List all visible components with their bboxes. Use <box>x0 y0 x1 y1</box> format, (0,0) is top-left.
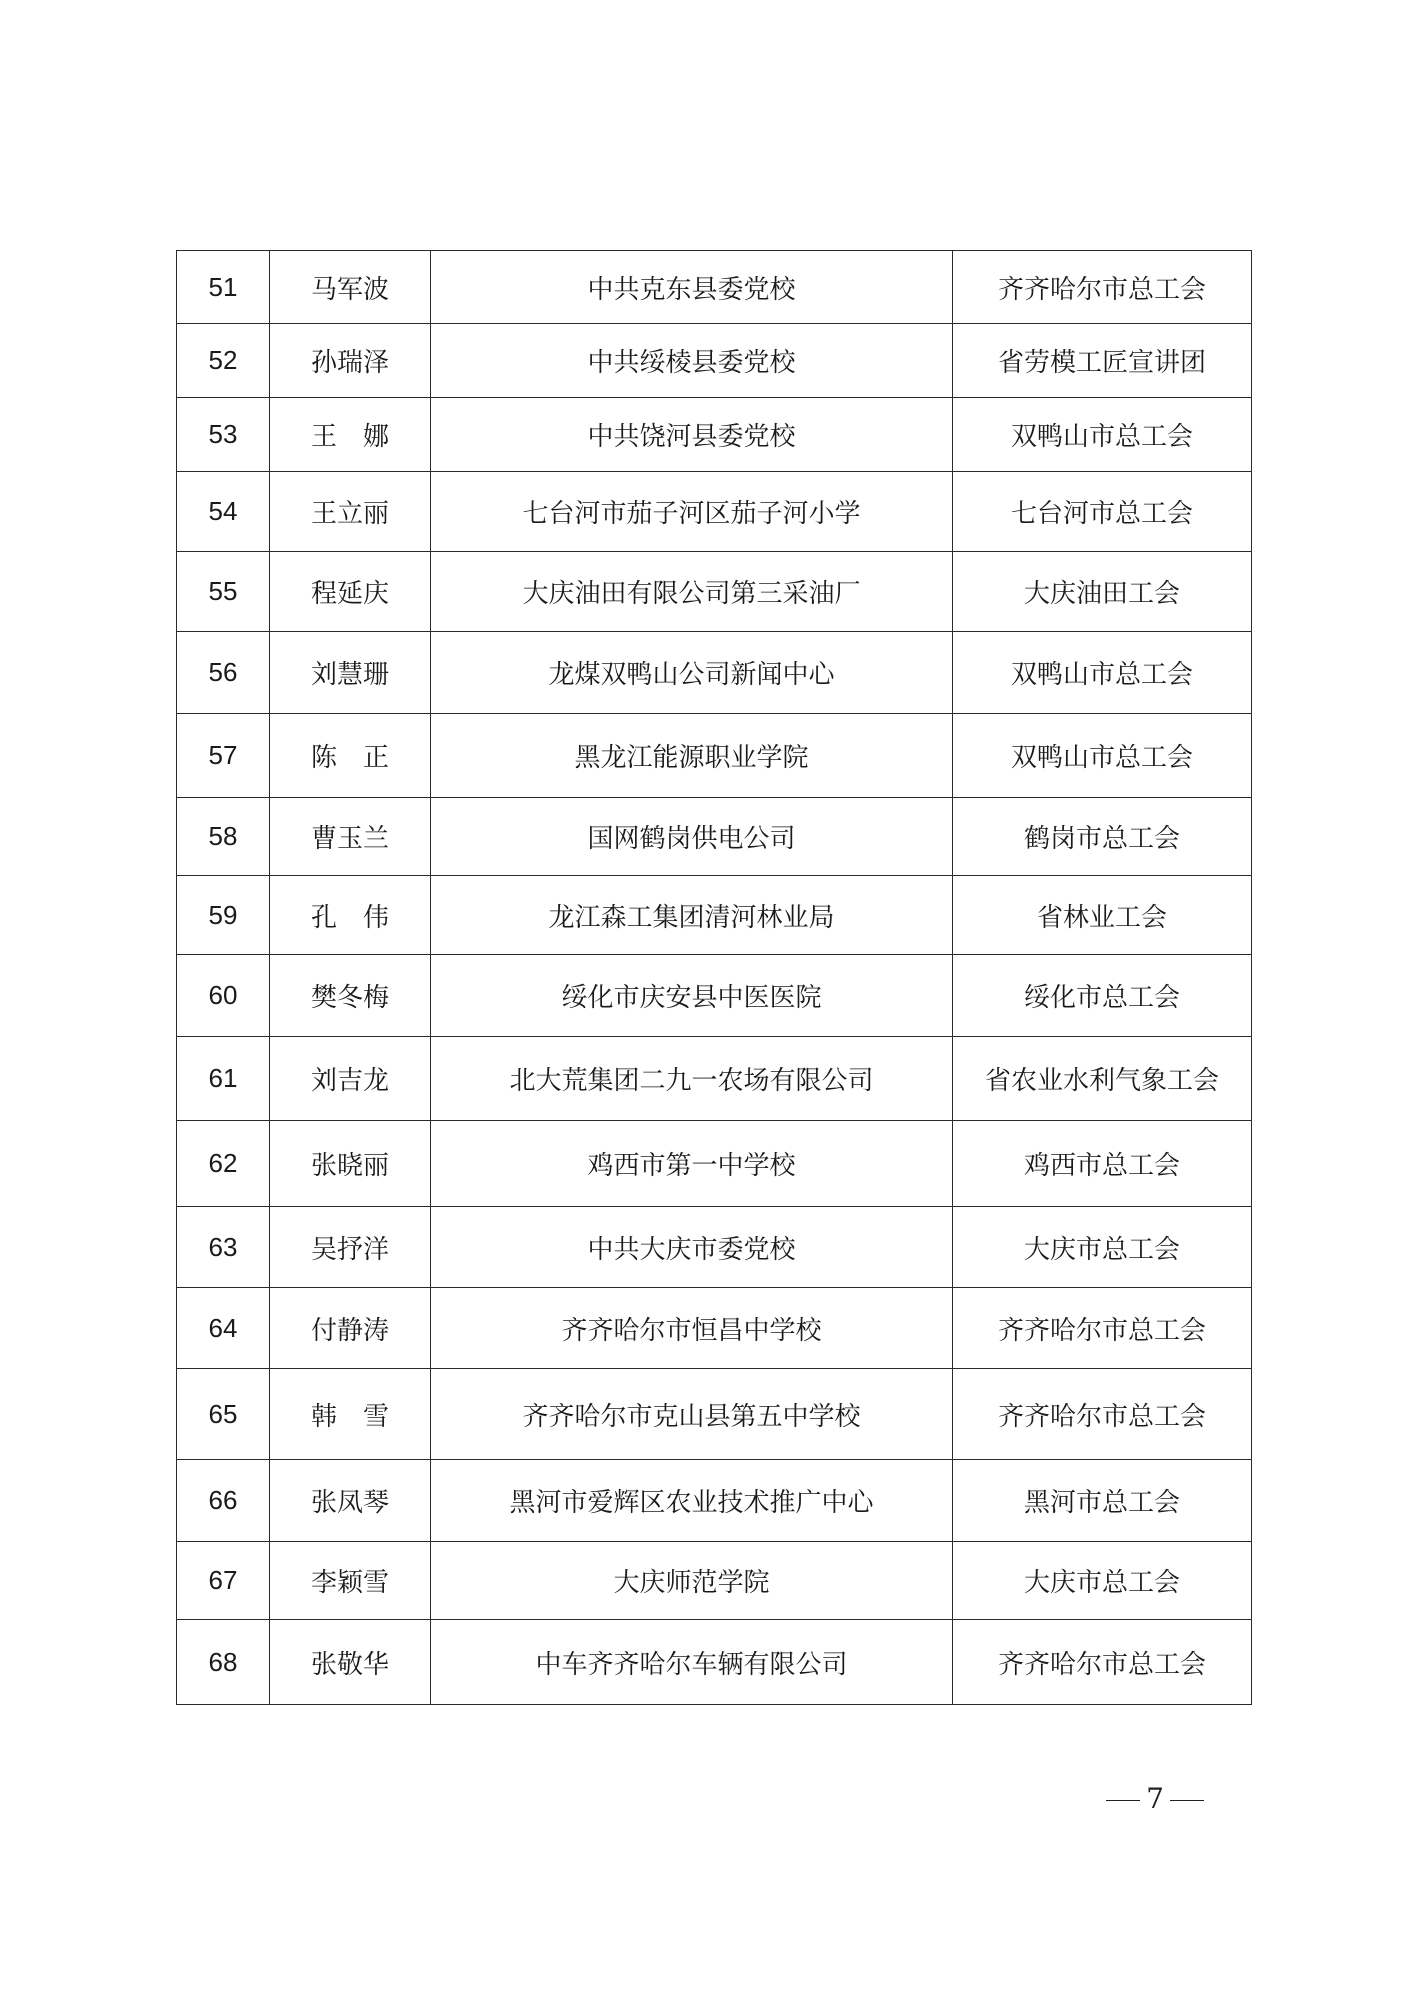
cell-work-unit: 齐齐哈尔市克山县第五中学校 <box>431 1369 953 1460</box>
cell-work-unit: 龙煤双鸭山公司新闻中心 <box>431 632 953 714</box>
table-row: 57陈 正黑龙江能源职业学院双鸭山市总工会 <box>177 714 1252 798</box>
table-row: 58曹玉兰国网鹤岗供电公司鹤岗市总工会 <box>177 798 1252 876</box>
cell-recommending-org: 齐齐哈尔市总工会 <box>953 1369 1252 1460</box>
page-number-value: 7 <box>1146 1782 1164 1815</box>
cell-name: 张凤琴 <box>270 1460 431 1542</box>
cell-recommending-org: 双鸭山市总工会 <box>953 714 1252 798</box>
cell-name: 韩 雪 <box>270 1369 431 1460</box>
cell-work-unit: 中共克东县委党校 <box>431 251 953 324</box>
cell-name: 陈 正 <box>270 714 431 798</box>
cell-work-unit: 黑河市爱辉区农业技术推广中心 <box>431 1460 953 1542</box>
cell-name: 吴抒洋 <box>270 1207 431 1288</box>
cell-recommending-org: 省农业水利气象工会 <box>953 1037 1252 1121</box>
cell-number: 59 <box>177 876 270 955</box>
cell-name: 曹玉兰 <box>270 798 431 876</box>
cell-name: 孔 伟 <box>270 876 431 955</box>
cell-recommending-org: 大庆市总工会 <box>953 1542 1252 1620</box>
cell-recommending-org: 大庆油田工会 <box>953 552 1252 632</box>
cell-number: 58 <box>177 798 270 876</box>
cell-name: 李颖雪 <box>270 1542 431 1620</box>
cell-work-unit: 中共饶河县委党校 <box>431 398 953 472</box>
cell-work-unit: 北大荒集团二九一农场有限公司 <box>431 1037 953 1121</box>
table-row: 67李颖雪大庆师范学院大庆市总工会 <box>177 1542 1252 1620</box>
cell-work-unit: 中共大庆市委党校 <box>431 1207 953 1288</box>
table-row: 53王 娜中共饶河县委党校双鸭山市总工会 <box>177 398 1252 472</box>
table-row: 54王立丽七台河市茄子河区茄子河小学七台河市总工会 <box>177 472 1252 552</box>
table-row: 55程延庆大庆油田有限公司第三采油厂大庆油田工会 <box>177 552 1252 632</box>
cell-number: 61 <box>177 1037 270 1121</box>
cell-number: 52 <box>177 324 270 398</box>
cell-recommending-org: 黑河市总工会 <box>953 1460 1252 1542</box>
cell-number: 67 <box>177 1542 270 1620</box>
cell-recommending-org: 省劳模工匠宣讲团 <box>953 324 1252 398</box>
table-row: 64付静涛齐齐哈尔市恒昌中学校齐齐哈尔市总工会 <box>177 1288 1252 1369</box>
cell-number: 55 <box>177 552 270 632</box>
cell-recommending-org: 七台河市总工会 <box>953 472 1252 552</box>
table-row: 62张晓丽鸡西市第一中学校鸡西市总工会 <box>177 1121 1252 1207</box>
cell-name: 付静涛 <box>270 1288 431 1369</box>
cell-recommending-org: 省林业工会 <box>953 876 1252 955</box>
cell-name: 王 娜 <box>270 398 431 472</box>
table-row: 61刘吉龙北大荒集团二九一农场有限公司省农业水利气象工会 <box>177 1037 1252 1121</box>
table-row: 65韩 雪齐齐哈尔市克山县第五中学校齐齐哈尔市总工会 <box>177 1369 1252 1460</box>
cell-number: 68 <box>177 1620 270 1705</box>
cell-work-unit: 大庆油田有限公司第三采油厂 <box>431 552 953 632</box>
cell-number: 53 <box>177 398 270 472</box>
cell-recommending-org: 齐齐哈尔市总工会 <box>953 1288 1252 1369</box>
cell-number: 63 <box>177 1207 270 1288</box>
cell-name: 刘吉龙 <box>270 1037 431 1121</box>
roster-table-body: 51马军波中共克东县委党校齐齐哈尔市总工会52孙瑞泽中共绥棱县委党校省劳模工匠宣… <box>177 251 1252 1705</box>
table-row: 56刘慧珊龙煤双鸭山公司新闻中心双鸭山市总工会 <box>177 632 1252 714</box>
cell-work-unit: 黑龙江能源职业学院 <box>431 714 953 798</box>
cell-work-unit: 龙江森工集团清河林业局 <box>431 876 953 955</box>
cell-number: 60 <box>177 955 270 1037</box>
cell-work-unit: 齐齐哈尔市恒昌中学校 <box>431 1288 953 1369</box>
cell-recommending-org: 齐齐哈尔市总工会 <box>953 251 1252 324</box>
cell-recommending-org: 鸡西市总工会 <box>953 1121 1252 1207</box>
cell-work-unit: 鸡西市第一中学校 <box>431 1121 953 1207</box>
cell-number: 51 <box>177 251 270 324</box>
cell-name: 马军波 <box>270 251 431 324</box>
cell-work-unit: 中车齐齐哈尔车辆有限公司 <box>431 1620 953 1705</box>
cell-name: 张晓丽 <box>270 1121 431 1207</box>
cell-number: 57 <box>177 714 270 798</box>
cell-name: 程延庆 <box>270 552 431 632</box>
cell-name: 孙瑞泽 <box>270 324 431 398</box>
roster-table: 51马军波中共克东县委党校齐齐哈尔市总工会52孙瑞泽中共绥棱县委党校省劳模工匠宣… <box>176 250 1252 1705</box>
cell-recommending-org: 齐齐哈尔市总工会 <box>953 1620 1252 1705</box>
cell-number: 54 <box>177 472 270 552</box>
cell-number: 66 <box>177 1460 270 1542</box>
cell-recommending-org: 绥化市总工会 <box>953 955 1252 1037</box>
cell-recommending-org: 双鸭山市总工会 <box>953 632 1252 714</box>
page-number: 7 <box>1100 1782 1210 1815</box>
cell-name: 张敬华 <box>270 1620 431 1705</box>
table-row: 59孔 伟龙江森工集团清河林业局省林业工会 <box>177 876 1252 955</box>
cell-work-unit: 大庆师范学院 <box>431 1542 953 1620</box>
document-page: 51马军波中共克东县委党校齐齐哈尔市总工会52孙瑞泽中共绥棱县委党校省劳模工匠宣… <box>0 0 1411 1995</box>
table-row: 60樊冬梅绥化市庆安县中医医院绥化市总工会 <box>177 955 1252 1037</box>
cell-recommending-org: 大庆市总工会 <box>953 1207 1252 1288</box>
cell-number: 56 <box>177 632 270 714</box>
cell-name: 刘慧珊 <box>270 632 431 714</box>
cell-work-unit: 国网鹤岗供电公司 <box>431 798 953 876</box>
cell-number: 64 <box>177 1288 270 1369</box>
cell-work-unit: 绥化市庆安县中医医院 <box>431 955 953 1037</box>
cell-recommending-org: 鹤岗市总工会 <box>953 798 1252 876</box>
cell-number: 62 <box>177 1121 270 1207</box>
cell-work-unit: 中共绥棱县委党校 <box>431 324 953 398</box>
table-row: 66张凤琴黑河市爱辉区农业技术推广中心黑河市总工会 <box>177 1460 1252 1542</box>
table-row: 68张敬华中车齐齐哈尔车辆有限公司齐齐哈尔市总工会 <box>177 1620 1252 1705</box>
table-row: 51马军波中共克东县委党校齐齐哈尔市总工会 <box>177 251 1252 324</box>
cell-name: 王立丽 <box>270 472 431 552</box>
cell-work-unit: 七台河市茄子河区茄子河小学 <box>431 472 953 552</box>
table-row: 63吴抒洋中共大庆市委党校大庆市总工会 <box>177 1207 1252 1288</box>
page-number-dash-left <box>1106 1800 1140 1801</box>
table-row: 52孙瑞泽中共绥棱县委党校省劳模工匠宣讲团 <box>177 324 1252 398</box>
page-number-dash-right <box>1170 1800 1204 1801</box>
cell-recommending-org: 双鸭山市总工会 <box>953 398 1252 472</box>
cell-number: 65 <box>177 1369 270 1460</box>
cell-name: 樊冬梅 <box>270 955 431 1037</box>
